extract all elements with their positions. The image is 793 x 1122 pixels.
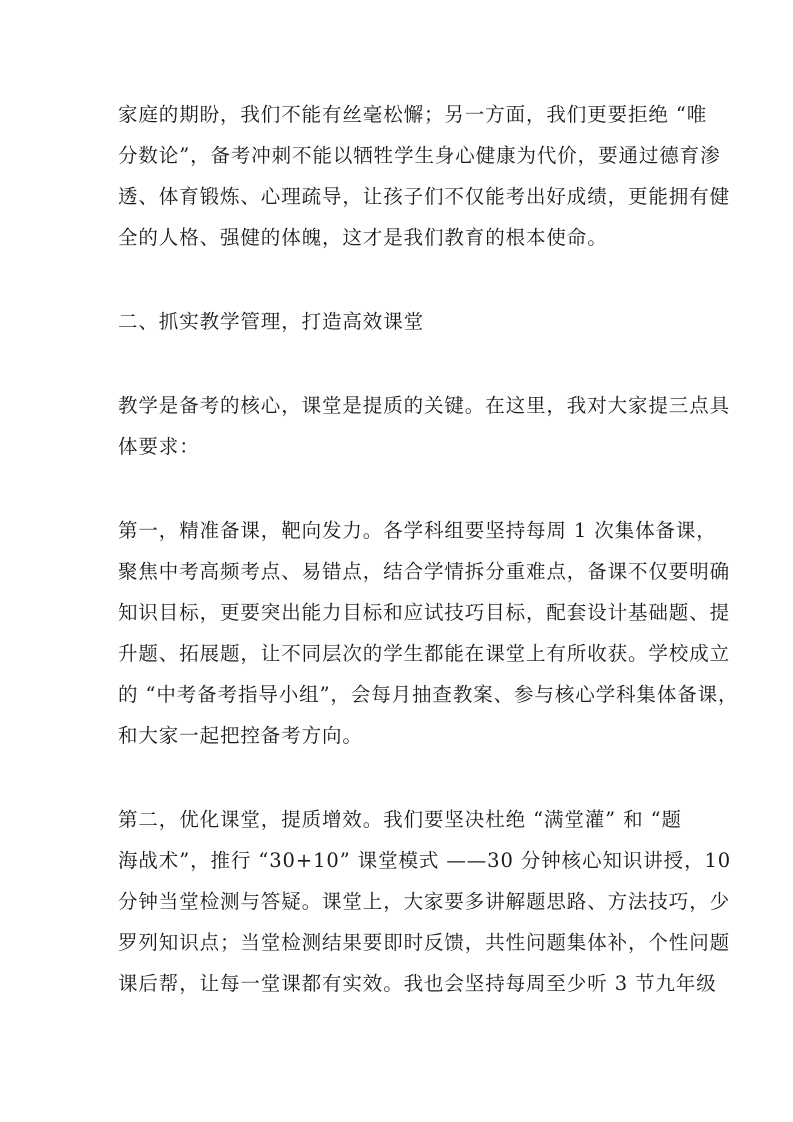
- section-heading-text: 二、抓实教学管理，打造高效课堂: [118, 301, 678, 342]
- text-line: 课后帮，让每一堂课都有实效。我也会坚持每周至少听 3 节九年级: [118, 963, 678, 1004]
- text-line: 第一，精准备课，靶向发力。各学科组要坚持每周 1 次集体备课，: [118, 510, 678, 551]
- text-line: 海战术”，推行 “30+10” 课堂模式 ——30 分钟核心知识讲授，10: [118, 840, 678, 881]
- text-line: 的 “中考备考指导小组”，会每月抽查教案、参与核心学科集体备课，: [118, 674, 678, 715]
- section-heading: 二、抓实教学管理，打造高效课堂: [118, 301, 678, 342]
- text-line: 聚焦中考高频考点、易错点，结合学情拆分重难点，备课不仅要明确: [118, 551, 678, 592]
- text-line: 升题、拓展题，让不同层次的学生都能在课堂上有所收获。学校成立: [118, 633, 678, 674]
- paragraph-second-requirement: 第二，优化课堂，提质增效。我们要坚决杜绝 “满堂灌” 和 “题 海战术”，推行 …: [118, 799, 678, 1004]
- paragraph-student-wellbeing: 家庭的期盼，我们不能有丝毫松懈；另一方面，我们更要拒绝 “唯 分数论”，备考冲刺…: [118, 94, 678, 258]
- text-line: 体要求：: [118, 426, 678, 467]
- document-page: 家庭的期盼，我们不能有丝毫松懈；另一方面，我们更要拒绝 “唯 分数论”，备考冲刺…: [0, 0, 793, 1122]
- text-line: 家庭的期盼，我们不能有丝毫松懈；另一方面，我们更要拒绝 “唯: [118, 94, 678, 135]
- text-line: 教学是备考的核心，课堂是提质的关键。在这里，我对大家提三点具: [118, 385, 678, 426]
- paragraph-first-requirement: 第一，精准备课，靶向发力。各学科组要坚持每周 1 次集体备课， 聚焦中考高频考点…: [118, 510, 678, 756]
- text-line: 全的人格、强健的体魄，这才是我们教育的根本使命。: [118, 217, 678, 258]
- text-line: 分钟当堂检测与答疑。课堂上，大家要多讲解题思路、方法技巧，少: [118, 881, 678, 922]
- text-line: 罗列知识点；当堂检测结果要即时反馈，共性问题集体补，个性问题: [118, 922, 678, 963]
- text-line: 透、体育锻炼、心理疏导，让孩子们不仅能考出好成绩，更能拥有健: [118, 176, 678, 217]
- text-line: 知识目标，更要突出能力目标和应试技巧目标，配套设计基础题、提: [118, 592, 678, 633]
- paragraph-intro-requirements: 教学是备考的核心，课堂是提质的关键。在这里，我对大家提三点具 体要求：: [118, 385, 678, 467]
- text-line: 分数论”，备考冲刺不能以牺牲学生身心健康为代价，要通过德育渗: [118, 135, 678, 176]
- text-line: 第二，优化课堂，提质增效。我们要坚决杜绝 “满堂灌” 和 “题: [118, 799, 678, 840]
- text-line: 和大家一起把控备考方向。: [118, 715, 678, 756]
- document-body: 家庭的期盼，我们不能有丝毫松懈；另一方面，我们更要拒绝 “唯 分数论”，备考冲刺…: [118, 94, 678, 1047]
